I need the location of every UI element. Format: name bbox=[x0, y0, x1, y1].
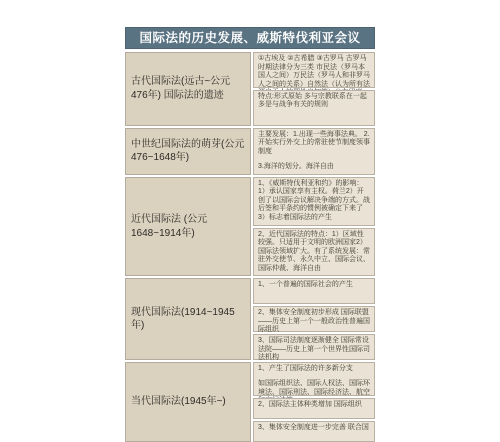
table-row-medieval: 中世纪国际法的萌芽(公元476~1648年) 主要发展：1.出现一些海事法典。 … bbox=[125, 128, 375, 175]
row-cells: ①古埃及 ②古希腊 ③古罗马 古罗马时期法律分为三类 市民法（罗马本国人之间）万… bbox=[253, 52, 375, 126]
content-cell: 2、近代国际法的特点：1）区域性较强。只适用于文明的欧洲国家2）国际法领域扩大。… bbox=[253, 228, 375, 277]
content-cell: 2、集体安全制度初步形成 国际联盟——历史上第一个一般政治性普遍国际组织 bbox=[253, 306, 375, 332]
page-title: 国际法的历史发展、威斯特伐利亚会议 bbox=[125, 27, 375, 49]
mindmap-canvas: 国际法的历史发展、威斯特伐利亚会议 古代国际法(远古~公元476年) 国际法的遗… bbox=[125, 27, 375, 360]
content-cell: 1、一个普遍的国际社会的产生 bbox=[253, 278, 375, 304]
row-cells: 主要发展：1.出现一些海事法典。 2.开始实行外交上的常驻使节制度领事制度 3.… bbox=[253, 128, 375, 175]
row-label: 古代国际法(远古~公元476年) 国际法的遗迹 bbox=[125, 52, 251, 126]
cell-paragraph: 1、《威斯特伐利亚和约》的影响：1）承认国家享有主权。荷兰2）开创了以国际会议解… bbox=[258, 180, 370, 223]
table-row-ancient: 古代国际法(远古~公元476年) 国际法的遗迹 ①古埃及 ②古希腊 ③古罗马 古… bbox=[125, 52, 375, 126]
table-row-modern: 现代国际法(1914~1945年) 1、一个普遍的国际社会的产生 2、集体安全制… bbox=[125, 278, 375, 360]
table-row-modern-early: 近代国际法 (公元1648~1914年) 1、《威斯特伐利亚和约》的影响：1）承… bbox=[125, 177, 375, 276]
row-label: 中世纪国际法的萌芽(公元476~1648年) bbox=[125, 128, 251, 175]
cell-paragraph: 2、近代国际法的特点：1）区域性较强。只适用于文明的欧洲国家2）国际法领域扩大。… bbox=[258, 231, 370, 274]
row-label: 现代国际法(1914~1945年) bbox=[125, 278, 251, 360]
cell-paragraph: 2、集体安全制度初步形成 国际联盟——历史上第一个一般政治性普遍国际组织 bbox=[258, 309, 370, 335]
row-label: 近代国际法 (公元1648~1914年) bbox=[125, 177, 251, 276]
cell-paragraph: 3、国际司法制度逐渐健全 国际常设法院——历史上第一个世界性国际司法机构 bbox=[258, 337, 370, 360]
content-cell: 3、国际司法制度逐渐健全 国际常设法院——历史上第一个世界性国际司法机构 bbox=[253, 334, 375, 360]
cell-paragraph: 主要发展：1.出现一些海事法典。 2.开始实行外交上的常驻使节制度领事制度 bbox=[258, 131, 370, 157]
cell-paragraph: 特点:形式原始 多与宗教联系在一起 多是与战争有关的规则 bbox=[258, 93, 370, 110]
row-cells: 1、《威斯特伐利亚和约》的影响：1）承认国家享有主权。荷兰2）开创了以国际会议解… bbox=[253, 177, 375, 276]
content-cell: 特点:形式原始 多与宗教联系在一起 多是与战争有关的规则 bbox=[253, 90, 375, 126]
content-cell: 主要发展：1.出现一些海事法典。 2.开始实行外交上的常驻使节制度领事制度 3.… bbox=[253, 128, 375, 175]
row-cells: 1、一个普遍的国际社会的产生 2、集体安全制度初步形成 国际联盟——历史上第一个… bbox=[253, 278, 375, 360]
content-cell: 1、《威斯特伐利亚和约》的影响：1）承认国家享有主权。荷兰2）开创了以国际会议解… bbox=[253, 177, 375, 226]
content-cell: ①古埃及 ②古希腊 ③古罗马 古罗马时期法律分为三类 市民法（罗马本国人之间）万… bbox=[253, 52, 375, 88]
history-table: 古代国际法(远古~公元476年) 国际法的遗迹 ①古埃及 ②古希腊 ③古罗马 古… bbox=[125, 52, 375, 360]
cell-paragraph: 1、一个普遍的国际社会的产生 bbox=[258, 281, 370, 290]
cell-paragraph: 3.海洋的划分。海洋自由 bbox=[258, 163, 370, 172]
